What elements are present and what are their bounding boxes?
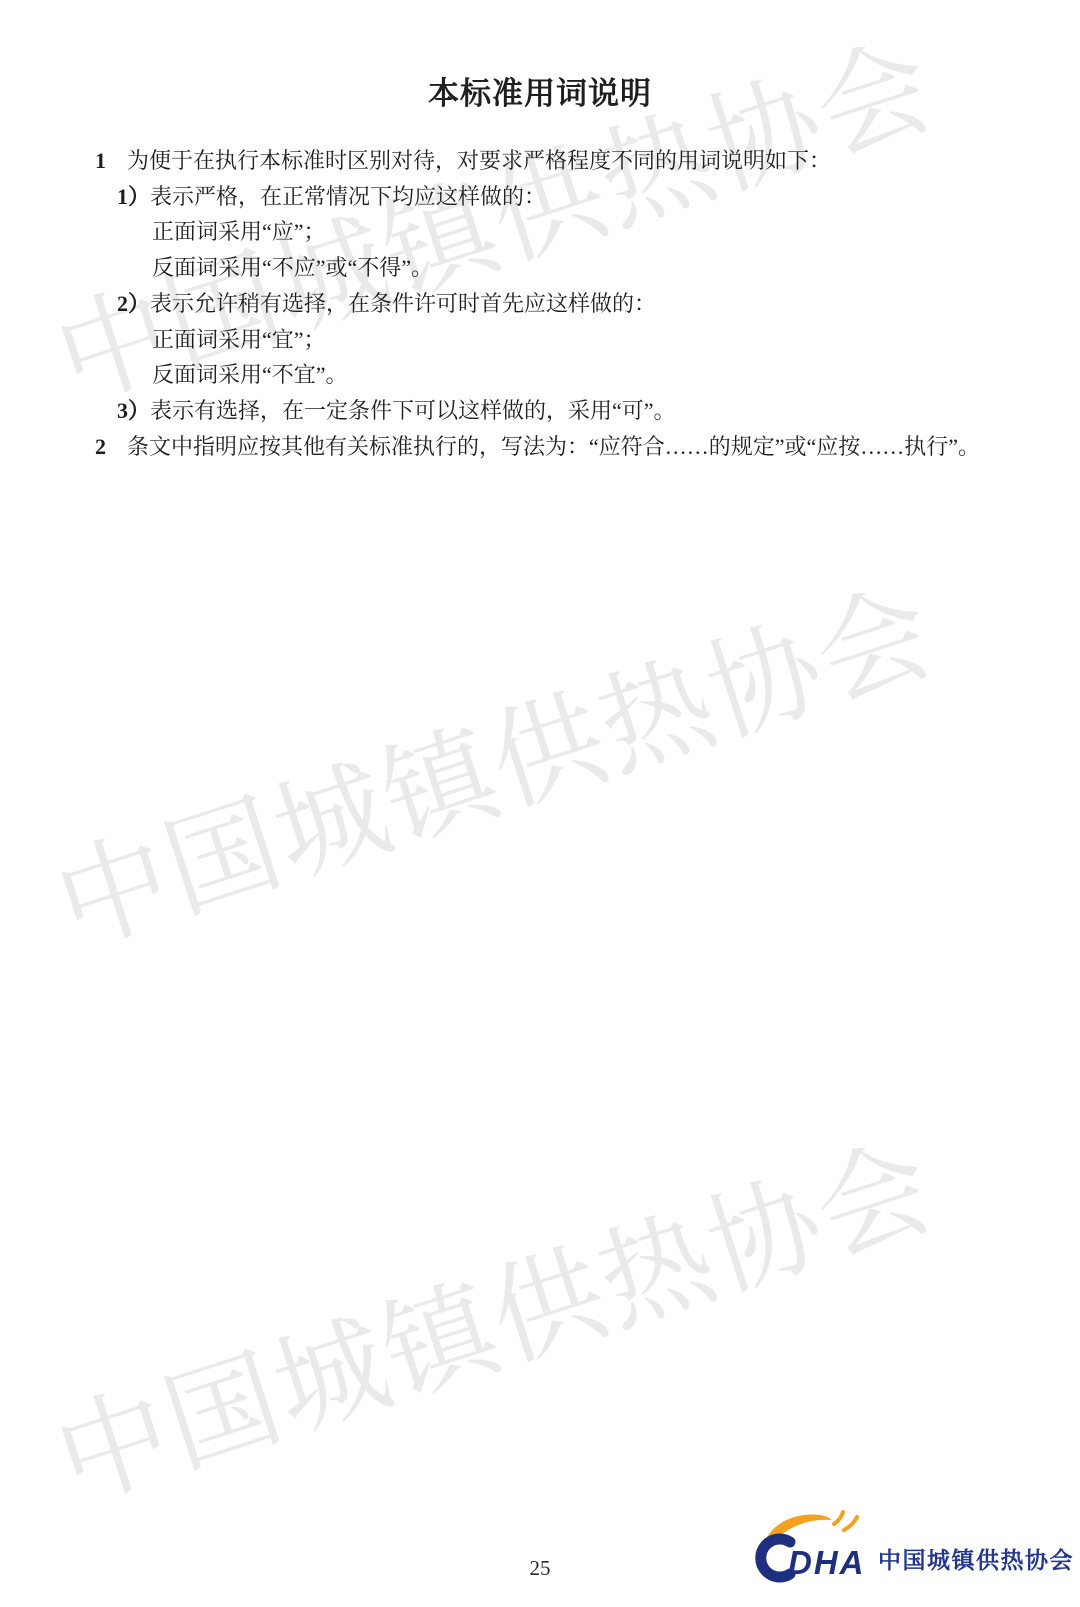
watermark-middle: 中国城镇供热协会 <box>33 543 950 978</box>
clause-text: 条文中指明应按其他有关标准执行的，写法为：“应符合……的规定”或“应按……执行”… <box>127 434 980 459</box>
definition-line: 正面词采用“宜”； <box>95 322 1015 358</box>
definition-text: 反面词采用“不宜”。 <box>152 362 348 387</box>
document-page: 中国城镇供热协会 中国城镇供热协会 中国城镇供热协会 本标准用词说明 1为便于在… <box>0 0 1080 1607</box>
definition-text: 正面词采用“应”； <box>152 219 326 244</box>
sub-clause-3: 3）表示有选择，在一定条件下可以这样做的，采用“可”。 <box>95 393 1015 429</box>
page-title: 本标准用词说明 <box>0 68 1080 113</box>
sub-clause-text: 表示有选择，在一定条件下可以这样做的，采用“可”。 <box>150 398 676 423</box>
clause-item-2: 2条文中指明应按其他有关标准执行的，写法为：“应符合……的规定”或“应按……执行… <box>95 429 1015 465</box>
watermark-bottom: 中国城镇供热协会 <box>33 1098 950 1533</box>
sub-clause-number: 3） <box>117 398 150 423</box>
definition-text: 正面词采用“宜”； <box>152 327 326 352</box>
sub-clause-text: 表示允许稍有选择，在条件许可时首先应这样做的： <box>150 291 656 316</box>
logo-radiate-arc-small <box>834 1512 843 1524</box>
logo-radiate-arc-large <box>844 1517 857 1530</box>
clause-number: 2 <box>95 429 127 465</box>
sub-clause-2: 2）表示允许稍有选择，在条件许可时首先应这样做的： <box>95 286 1015 322</box>
definition-line: 反面词采用“不宜”。 <box>95 357 1015 393</box>
sub-clause-1: 1）表示严格，在正常情况下均应这样做的： <box>95 179 1015 215</box>
clause-item-1: 1为便于在执行本标准时区别对待，对要求严格程度不同的用词说明如下： <box>95 143 1015 179</box>
definition-text: 反面词采用“不应”或“不得”。 <box>152 255 433 280</box>
clause-list: 1为便于在执行本标准时区别对待，对要求严格程度不同的用词说明如下： 1）表示严格… <box>95 143 1015 464</box>
sub-clause-number: 1） <box>117 184 150 209</box>
sub-clause-number: 2） <box>117 291 150 316</box>
definition-line: 反面词采用“不应”或“不得”。 <box>95 250 1015 286</box>
clause-number: 1 <box>95 143 127 179</box>
sub-clause-text: 表示严格，在正常情况下均应这样做的： <box>150 184 546 209</box>
page-number: 25 <box>0 1556 1080 1581</box>
definition-line: 正面词采用“应”； <box>95 214 1015 250</box>
clause-text: 为便于在执行本标准时区别对待，对要求严格程度不同的用词说明如下： <box>127 148 831 173</box>
